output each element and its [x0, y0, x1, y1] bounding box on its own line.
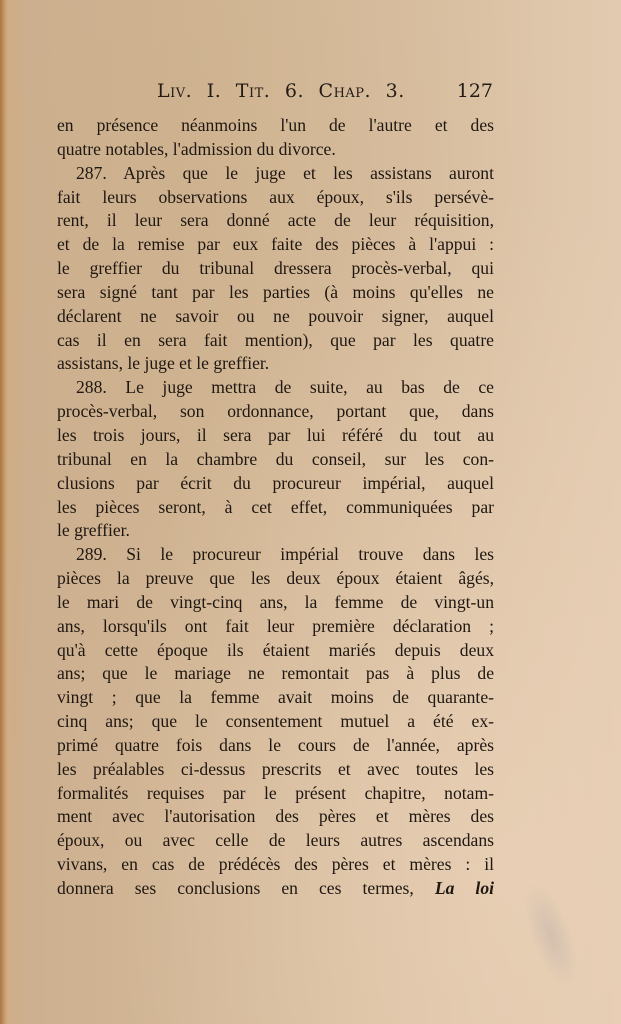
paper-stain: [513, 876, 588, 993]
text-line: vivans, en cas de prédécès des pères et …: [57, 853, 494, 877]
final-text-line: donnera ses conclusions en ces termes, L…: [57, 877, 494, 901]
running-head: Liv. I. Tit. 6. Chap. 3. 127: [57, 80, 493, 106]
text-line: époux, ou avec celle de leurs autres asc…: [57, 829, 494, 853]
text-line: et de la remise par eux faite des pièces…: [57, 233, 494, 257]
page-number: 127: [457, 80, 493, 102]
text-line: les pièces seront, à cet effet, communiq…: [57, 496, 494, 520]
text-line: le mari de vingt-cinq ans, la femme de v…: [57, 591, 494, 615]
running-head-title: Liv. I. Tit. 6. Chap. 3.: [157, 80, 405, 102]
text-line: sera signé tant par les parties (à moins…: [57, 281, 494, 305]
text-line: ment avec l'autorisation des pères et mè…: [57, 805, 494, 829]
text-line: qu'à cette époque ils étaient mariés dep…: [57, 639, 494, 663]
final-line-roman: donnera ses conclusions en ces termes,: [57, 878, 414, 898]
text-line: quatre notables, l'admission du divorce.: [57, 138, 494, 162]
text-line: cinq ans; que le consentement mutuel a é…: [57, 710, 494, 734]
text-line: en présence néanmoins l'un de l'autre et…: [57, 114, 494, 138]
text-line: le greffier.: [57, 519, 494, 543]
article-289-start: 289. Si le procureur impérial trouve dan…: [57, 543, 494, 567]
final-line-italic: La loi: [435, 878, 494, 898]
text-line: ans; que le mariage ne remontait pas à p…: [57, 662, 494, 686]
text-line: clusions par écrit du procureur impérial…: [57, 472, 494, 496]
text-line: vingt ; que la femme avait moins de quar…: [57, 686, 494, 710]
text-line: cas il en sera fait mention), que par le…: [57, 329, 494, 353]
text-line: fait leurs observations aux époux, s'ils…: [57, 186, 494, 210]
text-line: tribunal en la chambre du conseil, sur l…: [57, 448, 494, 472]
page-gutter-edge: [0, 0, 8, 1024]
text-line: primé quatre fois dans le cours de l'ann…: [57, 734, 494, 758]
article-288-start: 288. Le juge mettra de suite, au bas de …: [57, 376, 494, 400]
article-287-start: 287. Après que le juge et les assistans …: [57, 162, 494, 186]
text-line: rent, il leur sera donné acte de leur ré…: [57, 209, 494, 233]
text-line: les trois jours, il sera par lui référé …: [57, 424, 494, 448]
text-line: pièces la preuve que les deux époux étai…: [57, 567, 494, 591]
text-line: déclarent ne savoir ou ne pouvoir signer…: [57, 305, 494, 329]
text-line: ans, lorsqu'ils ont fait leur première d…: [57, 615, 494, 639]
text-line: le greffier du tribunal dressera procès-…: [57, 257, 494, 281]
body-text: en présence néanmoins l'un de l'autre et…: [57, 114, 494, 901]
text-line: les préalables ci-dessus prescrits et av…: [57, 758, 494, 782]
text-line: procès-verbal, son ordonnance, portant q…: [57, 400, 494, 424]
text-line: assistans, le juge et le greffier.: [57, 352, 494, 376]
text-line: formalités requises par le présent chapi…: [57, 782, 494, 806]
